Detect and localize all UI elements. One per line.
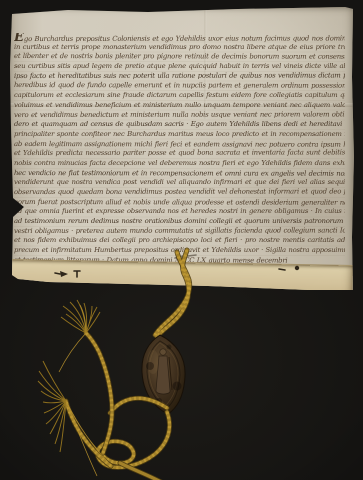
manuscript-line: ipso facto et hereditatibus suis nec pot… (14, 71, 345, 81)
manuscript-line: vero et vendidimus benedictum et ministe… (14, 110, 345, 120)
seal-figure-staff (169, 357, 172, 390)
charter-photograph: Ego Burchardus prepositus Coloniensis et… (0, 0, 363, 480)
cord-strand-over-seal (110, 398, 167, 413)
manuscript-line: capitulorum et ecclesiarum sine fraude d… (14, 91, 345, 101)
seal-body (142, 335, 185, 414)
manuscript-line: dero et quamquam ad census de quibusdam … (14, 120, 345, 130)
seal-texture-blotch (173, 382, 182, 391)
cord-twist-highlight (66, 401, 111, 466)
cord-strand-to-upper-tassel (86, 333, 112, 453)
cord-strand-exit (120, 463, 161, 480)
cord-twist-highlight (97, 412, 169, 467)
seal-figure-body (156, 356, 170, 394)
cord-lower-strands (66, 333, 170, 480)
seal-texture-blotch (156, 398, 162, 404)
upper-tassel-fray (61, 300, 100, 333)
manuscript-line: voluimus et vendidimus beneficium et min… (14, 101, 345, 111)
cord-strand-exit (120, 463, 161, 480)
lower-tassel-stray (66, 401, 108, 476)
manuscript-line: seu curtibus sitis apud legem de pretio … (14, 62, 345, 72)
plica-fold (8, 259, 353, 298)
cord-strand-to-lower-tassel (66, 401, 111, 466)
cord-twist-highlight (86, 333, 112, 453)
cord-strand-over-seal (110, 398, 167, 413)
parchment-document: Ego Burchardus prepositus Coloniensis et… (8, 7, 354, 291)
cord-strand-to-lower-tassel (66, 401, 111, 466)
seal-sheen (147, 350, 159, 374)
cord-bottom-loop (97, 412, 169, 467)
seal-texture-blotch (146, 362, 154, 370)
cord-bottom-loop (97, 412, 169, 467)
manuscript-line: principaliter sponte confiteor nec Burch… (14, 130, 345, 140)
manuscript-line: et nos fidem exhibuimus dei collegii pro… (14, 236, 345, 246)
manuscript-line: precum et infirmitatum Humbertus preposi… (14, 246, 345, 256)
manuscript-line: nobis contra minucias facta decepcione v… (14, 159, 345, 169)
manuscript-line: et Ydehildis predicta necessario pariter… (14, 149, 345, 159)
cord-strand-to-upper-tassel (86, 333, 112, 453)
manuscript-text: Ego Burchardus prepositus Coloniensis et… (14, 33, 345, 266)
manuscript-line: vestri obligamus · preterea autem mundo … (14, 226, 345, 236)
seal-inner-rim-highlight (149, 343, 178, 405)
seal-figure-head (160, 349, 166, 355)
pendant-wax-seal (142, 335, 185, 414)
manuscript-line: ad que omnia fuerint et expresse observa… (14, 207, 345, 217)
manuscript-line: Ego Burchardus prepositus Coloniensis et… (14, 32, 345, 42)
seal-texture-blotch (167, 345, 172, 350)
cord-tassels (38, 300, 108, 476)
cord-twist-highlight (110, 398, 167, 413)
manuscript-line: ad testimonium rerum dedimus nostre orat… (14, 217, 345, 227)
upper-tassel-stray (59, 305, 86, 372)
seal-inscription-rim (147, 341, 180, 408)
manuscript-line: in curtibus et terris prope monasterium … (14, 43, 345, 53)
lower-tassel-fray (38, 361, 66, 452)
manuscript-line: observandas quod quedam bona vendidimus … (14, 187, 345, 197)
